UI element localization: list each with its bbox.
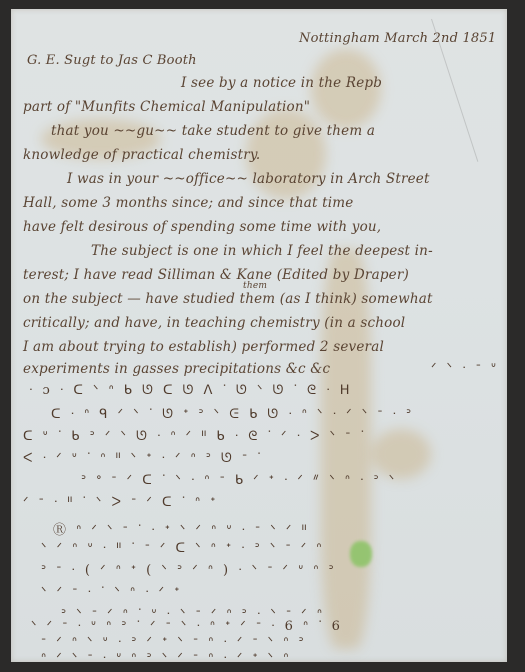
body-line: The subject is one in which I feel the d… (91, 243, 433, 259)
body-line: part of "Munfits Chemical Manipulation" (23, 99, 310, 115)
salutation: G. E. Sugt to Jas C Booth (27, 53, 197, 68)
shorthand-line: ᐢ ᐟ ᐠ ᐨ ᐧ ᐡ ᐢ ᐣ ᐠ ᐟ ᐨ ᐢ ᐧ ᐟ ᐩ ᐠ ᐢ (41, 651, 291, 662)
shorthand-line: ᐧ ɔ ᐧ ᑕ ᐠ ᐢ ᑲ ᘎ ᑕ ᘎ ᐱ ᐝ ᘎ ᐠ ᘎ ᐝ ᘓ ᐧ ᕼ (29, 383, 353, 398)
body-line: I am about trying to establish) performe… (23, 339, 384, 355)
body-line: critically; and have, in teaching chemis… (23, 315, 405, 331)
body-line: knowledge of practical chemistry. (23, 147, 260, 163)
shorthand-line: ᑕ ᐡ ᐝ ᑲ ᐣ ᐟ ᐠ ᘎ ᐧ ᐢ ᐟ ᐦ ᑲ ᐧ ᘓ ᐝ ᐟ ᐧ ᐳ ᐠ … (23, 429, 367, 444)
shorthand-line: ᐣ ᐤ ᐨ ᐟ ᑕ ᐝ ᐠ ᐧ ᐢ ᐨ ᑲ ᐟ ᐩ ᐧ ᐟ ᐥ ᐠ ᐢ ᐧ ᐣ … (81, 473, 397, 488)
shorthand-line: ᐟ ᐨ ᐧ ᐦ ᐝ ᐠ ᐳ ᐨ ᐟ ᑕ ᐝ ᐢ ᐩ (23, 495, 218, 510)
shorthand-line: ᐨ ᐟ ᐢ ᐠ ᐡ ᐧ ᐣ ᐟ ᐩ ᐠ ᐨ ᐢ ᐧ ᐟ ᐨ ᐠ ᐢ ᐣ (41, 635, 307, 650)
shorthand-line: ᑕ ᐧ ᐢ ᑫ ᐟ ᐠ ᐝ ᘎ ᐩ ᐣ ᐠ ᕮ ᑲ ᘎ ᐧ ᐢ ᐠ ᐧ ᐟ ᐠ … (51, 407, 414, 422)
shorthand-line: ᐠ ᐟ ᐨ ᐧ ᐡ ᐢ ᐣ ᐝ ᐟ ᐨ ᐠ ᐧ ᐢ ᐩ ᐟ ᐨ ᐧ 6 ᐢ ᐝ … (31, 619, 343, 634)
body-line: Hall, some 3 months since; and since tha… (23, 195, 353, 211)
interlinear-insertion: them (243, 281, 267, 291)
foxing-stain (371, 429, 431, 479)
shorthand-line: ᐟ ᐠ ᐧ ᐨ ᐡ (431, 361, 499, 376)
shorthand-line: ᐣ ᐨ ᐧ ( ᐟ ᐢ ᐩ ( ᐠ ᐣ ᐟ ᐢ ) ᐧ ᐠ ᐨ ᐟ ᐡ ᐢ ᐣ (41, 563, 337, 578)
shorthand-line: ᐠ ᐟ ᐢ ᐡ ᐧ ᐦ ᐝ ᐨ ᐟ ᑕ ᐠ ᐢ ᐩ ᐧ ᐣ ᐠ ᐨ ᐟ ᐢ (41, 541, 324, 556)
place-date: Nottingham March 2nd 1851 (299, 31, 496, 46)
shorthand-line: Ⓡ ᐢ ᐟ ᐠ ᐨ ᐝ ᐧ ᐩ ᐠ ᐟ ᐢ ᐡ ᐧ ᐨ ᐠ ᐟ ᐦ (53, 519, 309, 538)
shorthand-line: ᐸ ᐧ ᐟ ᐡ ᐝ ᐢ ᐦ ᐠ ᐩ ᐧ ᐟ ᐢ ᐣ ᘎ ᐨ ᐝ (23, 451, 263, 466)
body-line: experiments in gasses precipitations &c … (23, 361, 330, 377)
body-line: on the subject — have studied them (as I… (23, 291, 433, 307)
green-ink-spot (350, 541, 372, 567)
letter-page: Nottingham March 2nd 1851 G. E. Sugt to … (11, 9, 507, 662)
foxing-stain (321, 249, 371, 649)
body-line: I was in your ~~office~~ laboratory in A… (67, 171, 430, 187)
body-line: terest; I have read Silliman & Kane (Edi… (23, 267, 409, 283)
body-line: that you ~~gu~~ take student to give the… (51, 123, 375, 139)
body-line: have felt desirous of spending some time… (23, 219, 381, 235)
body-line: I see by a notice in the Repb (181, 75, 382, 91)
shorthand-line: ᐠ ᐟ ᐨ ᐧ ᐝ ᐠ ᐢ ᐧ ᐟ ᐩ (41, 585, 182, 600)
